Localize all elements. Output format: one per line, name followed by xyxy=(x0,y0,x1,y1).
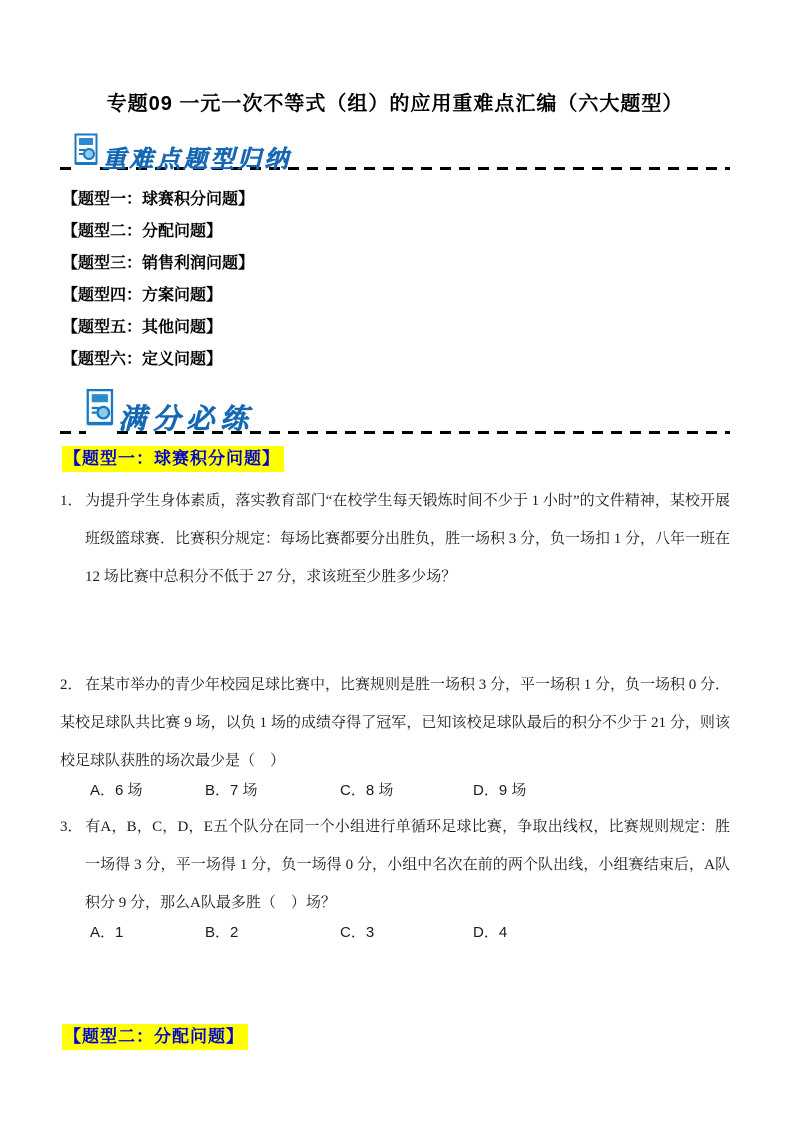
topic-group-heading-1: 【题型一：球赛积分问题】 xyxy=(62,446,284,472)
option-a: A．6 场 xyxy=(90,776,205,806)
outline-header-label: 重难点题型归纳 xyxy=(102,146,291,172)
worksheet-page: 专题09 一元一次不等式（组）的应用重难点汇编（六大题型） 重难点题型归纳 【题… xyxy=(0,0,793,1122)
topic-item-2: 【题型二：分配问题】 xyxy=(62,216,730,248)
topic-item-3: 【题型三：销售利润问题】 xyxy=(62,248,730,280)
topic-group-heading-2: 【题型二：分配问题】 xyxy=(62,1024,248,1050)
question-3: 3．有A，B，C，D，E五个队分在同一个小组进行单循环足球比赛，争取出线权，比赛… xyxy=(60,808,730,922)
option-b: B．2 xyxy=(205,918,340,948)
topic-item-5: 【题型五：其他问题】 xyxy=(62,312,730,344)
question-3-number: 3． xyxy=(60,808,85,846)
question-1-number: 1． xyxy=(60,482,85,520)
question-1-text: 为提升学生身体素质，落实教育部门“在校学生每天锻炼时间不少于 1 小时”的文件精… xyxy=(85,493,730,585)
topic-item-6: 【题型六：定义问题】 xyxy=(62,344,730,376)
option-d: D．9 场 xyxy=(473,776,526,806)
topic-item-1: 【题型一：球赛积分问题】 xyxy=(62,184,730,216)
question-2-text: 在某市举办的青少年校园足球比赛中，比赛规则是胜一场积 3 分，平一场积 1 分，… xyxy=(60,677,730,769)
practice-section-header: 满分必练 xyxy=(60,390,730,434)
question-2: 2．在某市举办的青少年校园足球比赛中，比赛规则是胜一场积 3 分，平一场积 1 … xyxy=(60,666,730,780)
question-3-text: 有A，B，C，D，E五个队分在同一个小组进行单循环足球比赛，争取出线权，比赛规则… xyxy=(85,819,730,911)
option-b: B．7 场 xyxy=(205,776,340,806)
outline-section-header: 重难点题型归纳 xyxy=(60,134,730,170)
topic-list: 【题型一：球赛积分问题】 【题型二：分配问题】 【题型三：销售利润问题】 【题型… xyxy=(60,184,730,376)
question-2-options: A．6 场 B．7 场 C．8 场 D．9 场 xyxy=(60,776,730,806)
page-title: 专题09 一元一次不等式（组）的应用重难点汇编（六大题型） xyxy=(60,90,730,118)
option-c: C．3 xyxy=(340,918,473,948)
option-a: A．1 xyxy=(90,918,205,948)
option-c: C．8 场 xyxy=(340,776,473,806)
topic-item-4: 【题型四：方案问题】 xyxy=(62,280,730,312)
document-magnifier-icon xyxy=(86,387,116,434)
question-1: 1．为提升学生身体素质，落实教育部门“在校学生每天锻炼时间不少于 1 小时”的文… xyxy=(60,482,730,596)
practice-header-label: 满分必练 xyxy=(118,404,254,434)
document-magnifier-icon xyxy=(74,133,100,172)
option-d: D．4 xyxy=(473,918,507,948)
question-2-number: 2． xyxy=(60,666,85,704)
question-3-options: A．1 B．2 C．3 D．4 xyxy=(60,918,730,948)
